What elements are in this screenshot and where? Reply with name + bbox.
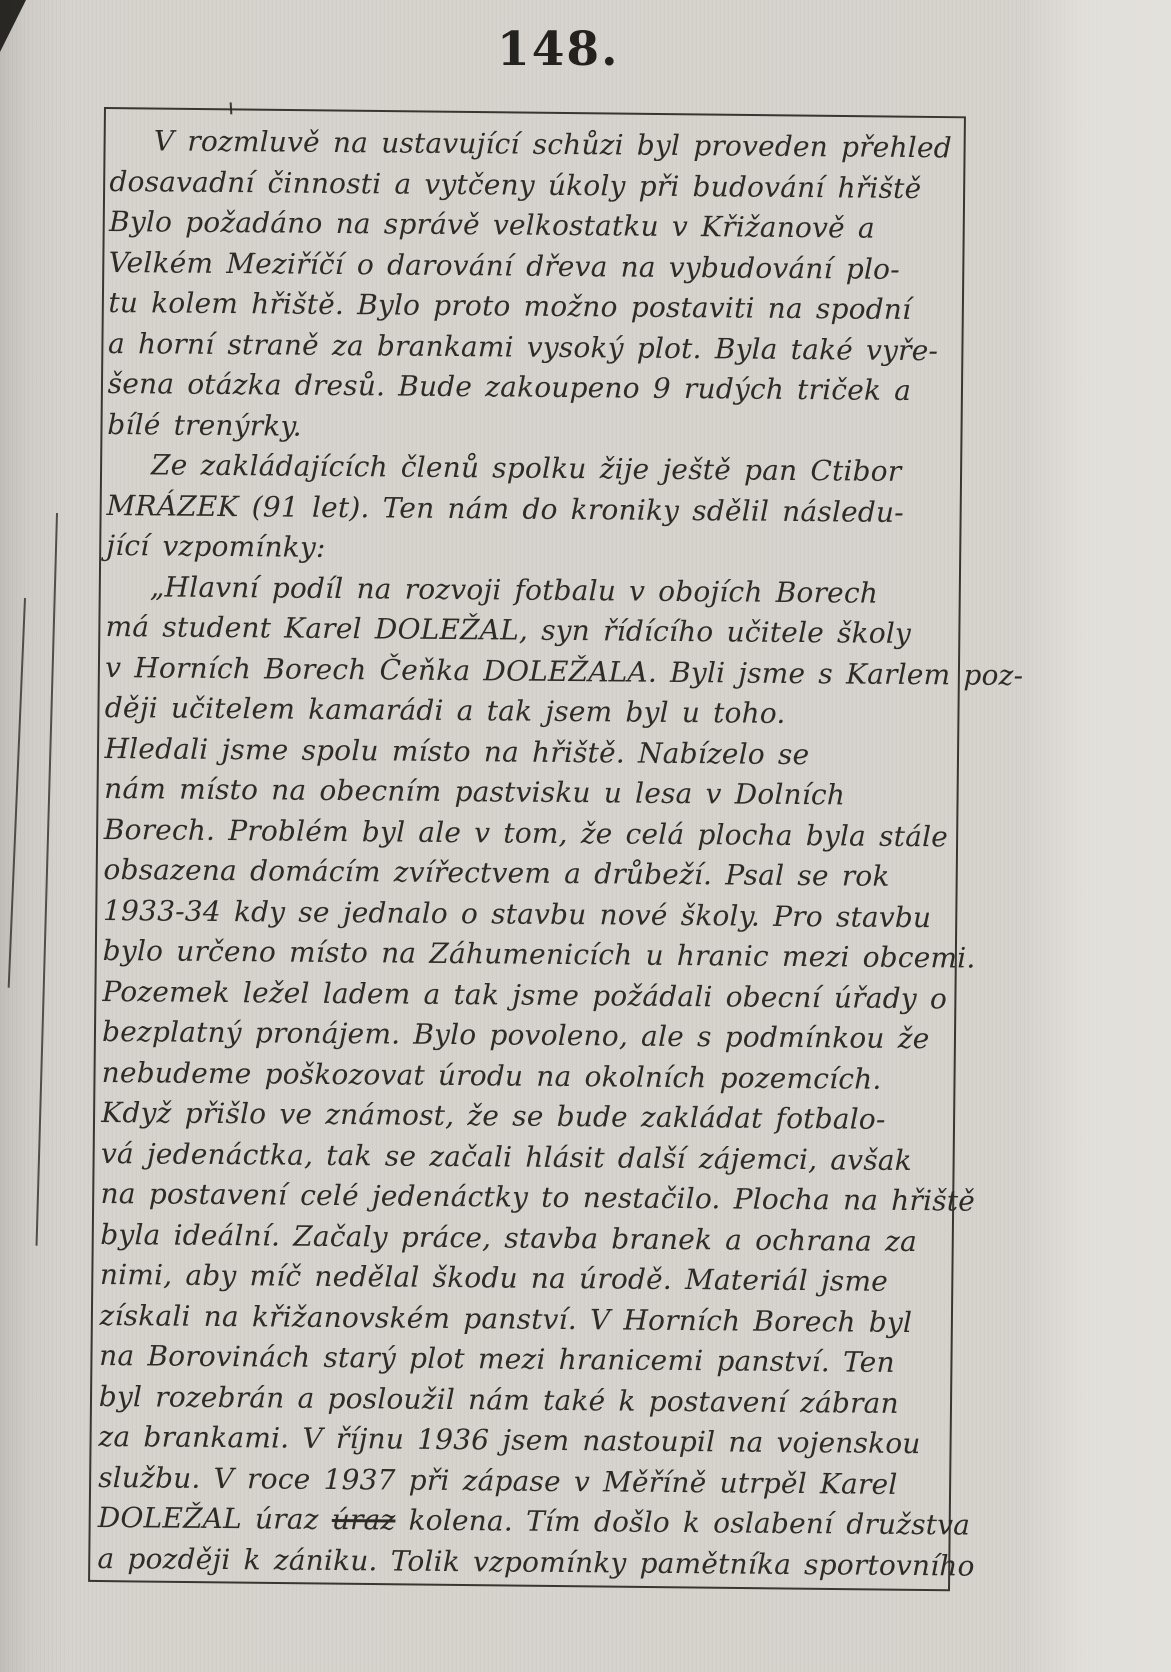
margin-rule-line	[8, 598, 26, 988]
scan-corner-shadow	[0, 0, 26, 52]
margin-rule-line	[36, 513, 58, 1246]
struck-word: úraz	[332, 1503, 396, 1537]
handwriting-segment: DOLEŽAL úraz	[98, 1501, 332, 1536]
page-number: 148.	[497, 26, 619, 73]
handwritten-text-block: V rozmluvě na ustavující schůzi byl prov…	[97, 121, 1130, 1588]
handwriting-segment: kolena. Tím došlo k oslabení družstva	[395, 1504, 970, 1542]
chronicle-page-scan: { "page_number": "148.", "colors": { "pa…	[0, 0, 1171, 1672]
border-pen-tick	[230, 102, 233, 114]
